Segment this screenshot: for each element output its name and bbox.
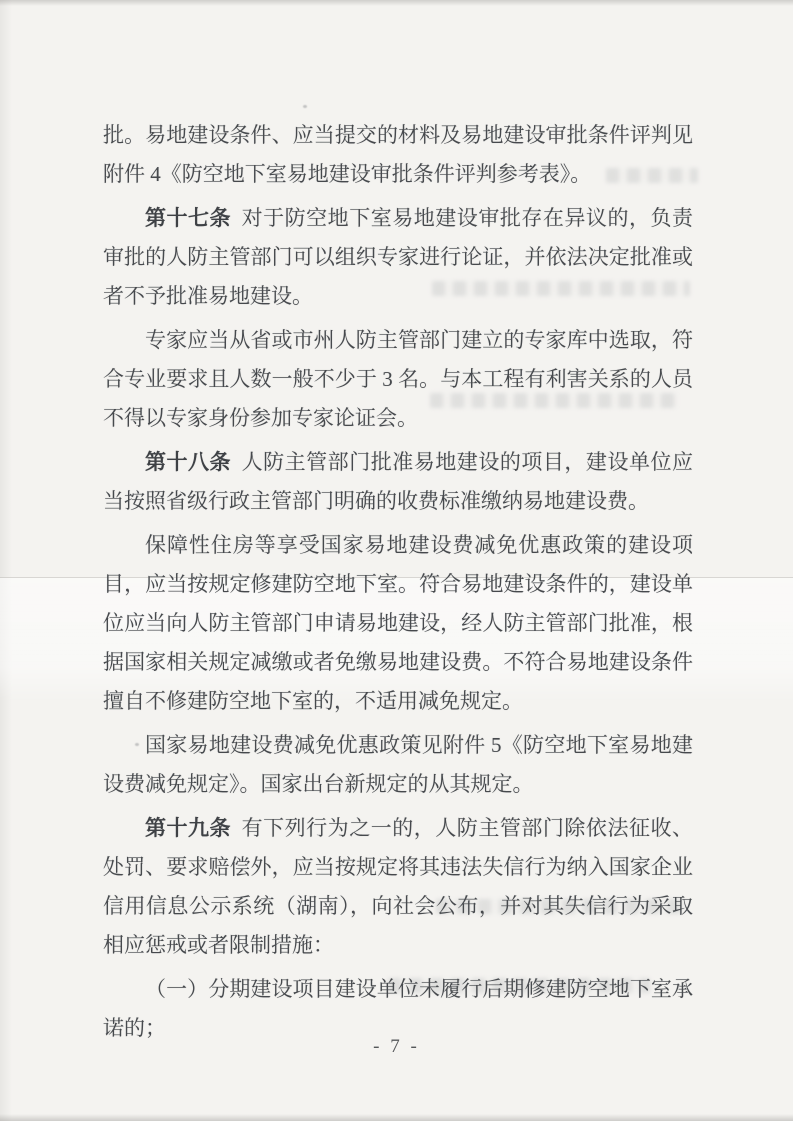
para-fee-reduction: 保障性住房等享受国家易地建设费减免优惠政策的建设项目，应当按规定修建防空地下室。… [103, 526, 693, 721]
paragraph-text: 保障性住房等享受国家易地建设费减免优惠政策的建设项目，应当按规定修建防空地下室。… [103, 533, 693, 713]
page-number: - 7 - [0, 1036, 793, 1058]
scan-top-edge [0, 0, 793, 6]
paragraph-text: （一）分期建设项目建设单位未履行后期修建防空地下室承诺的； [103, 977, 693, 1040]
article-number: 第十八条 [145, 450, 231, 474]
para-expert-selection: 专家应当从省或市州人防主管部门建立的专家库中选取，符合专业要求且人数一般不少于 … [103, 321, 693, 438]
scan-left-edge [0, 0, 12, 1121]
para-continuation: 批。易地建设条件、应当提交的材料及易地建设审批条件评判见附件 4《防空地下室易地… [103, 116, 693, 194]
paragraph-text: 国家易地建设费减免优惠政策见附件 5《防空地下室易地建设费减免规定》。国家出台新… [103, 733, 693, 796]
para-national-policy: 国家易地建设费减免优惠政策见附件 5《防空地下室易地建设费减免规定》。国家出台新… [103, 726, 693, 804]
article-number: 第十九条 [145, 816, 231, 840]
scan-speck [303, 105, 307, 108]
paragraph-text: 批。易地建设条件、应当提交的材料及易地建设审批条件评判见附件 4《防空地下室易地… [103, 123, 693, 186]
paragraph-text: 专家应当从省或市州人防主管部门建立的专家库中选取，符合专业要求且人数一般不少于 … [103, 328, 693, 430]
para-article-19: 第十九条有下列行为之一的，人防主管部门除依法征收、处罚、要求赔偿外，应当按规定将… [103, 809, 693, 965]
scanned-page: 批。易地建设条件、应当提交的材料及易地建设审批条件评判见附件 4《防空地下室易地… [0, 0, 793, 1121]
para-article-18: 第十八条人防主管部门批准易地建设的项目，建设单位应当按照省级行政主管部门明确的收… [103, 443, 693, 521]
article-number: 第十七条 [145, 206, 231, 230]
document-body: 批。易地建设条件、应当提交的材料及易地建设审批条件评判见附件 4《防空地下室易地… [103, 116, 693, 1048]
scan-bottom-edge [0, 1114, 793, 1121]
para-article-17: 第十七条对于防空地下室易地建设审批存在异议的，负责审批的人防主管部门可以组织专家… [103, 199, 693, 316]
